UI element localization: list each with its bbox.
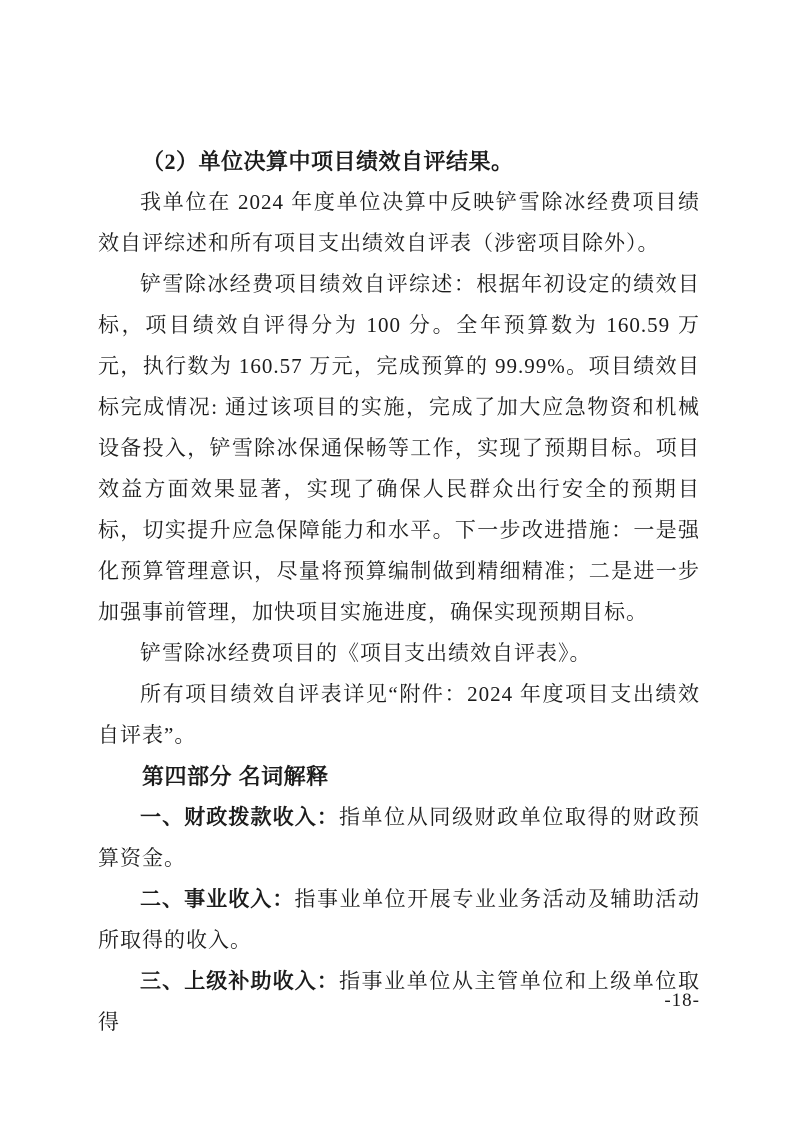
document-body: （2）单位决算中项目绩效自评结果。 我单位在 2024 年度单位决算中反映铲雪除… bbox=[98, 141, 700, 1043]
term-label: 一、财政拨款收入： bbox=[140, 806, 339, 829]
paragraph-self-evaluation-table-ref: 铲雪除冰经费项目的《项目支出绩效自评表》。 bbox=[98, 633, 700, 674]
paragraph-decision-summary: 我单位在 2024 年度单位决算中反映铲雪除冰经费项目绩效自评综述和所有项目支出… bbox=[98, 182, 700, 264]
paragraph-snow-removal-evaluation: 铲雪除冰经费项目绩效自评综述：根据年初设定的绩效目标，项目绩效自评得分为 100… bbox=[98, 264, 700, 633]
paragraph-attachment-ref: 所有项目绩效自评表详见“附件：2024 年度项目支出绩效自评表”。 bbox=[98, 674, 700, 756]
page-number: -18- bbox=[664, 989, 700, 1013]
term-label: 二、事业收入： bbox=[140, 888, 294, 911]
document-page: （2）单位决算中项目绩效自评结果。 我单位在 2024 年度单位决算中反映铲雪除… bbox=[0, 0, 793, 1122]
term-paragraph-business-income: 二、事业收入：指事业单位开展专业业务活动及辅助活动所取得的收入。 bbox=[98, 879, 700, 961]
term-label: 三、上级补助收入： bbox=[140, 970, 339, 993]
term-paragraph-superior-subsidy-income: 三、上级补助收入：指事业单位从主管单位和上级单位取得 bbox=[98, 961, 700, 1043]
section-heading-project-self-evaluation: （2）单位决算中项目绩效自评结果。 bbox=[98, 141, 700, 182]
section-heading-glossary: 第四部分 名词解释 bbox=[98, 756, 700, 797]
term-paragraph-fiscal-appropriation-income: 一、财政拨款收入：指单位从同级财政单位取得的财政预算资金。 bbox=[98, 797, 700, 879]
